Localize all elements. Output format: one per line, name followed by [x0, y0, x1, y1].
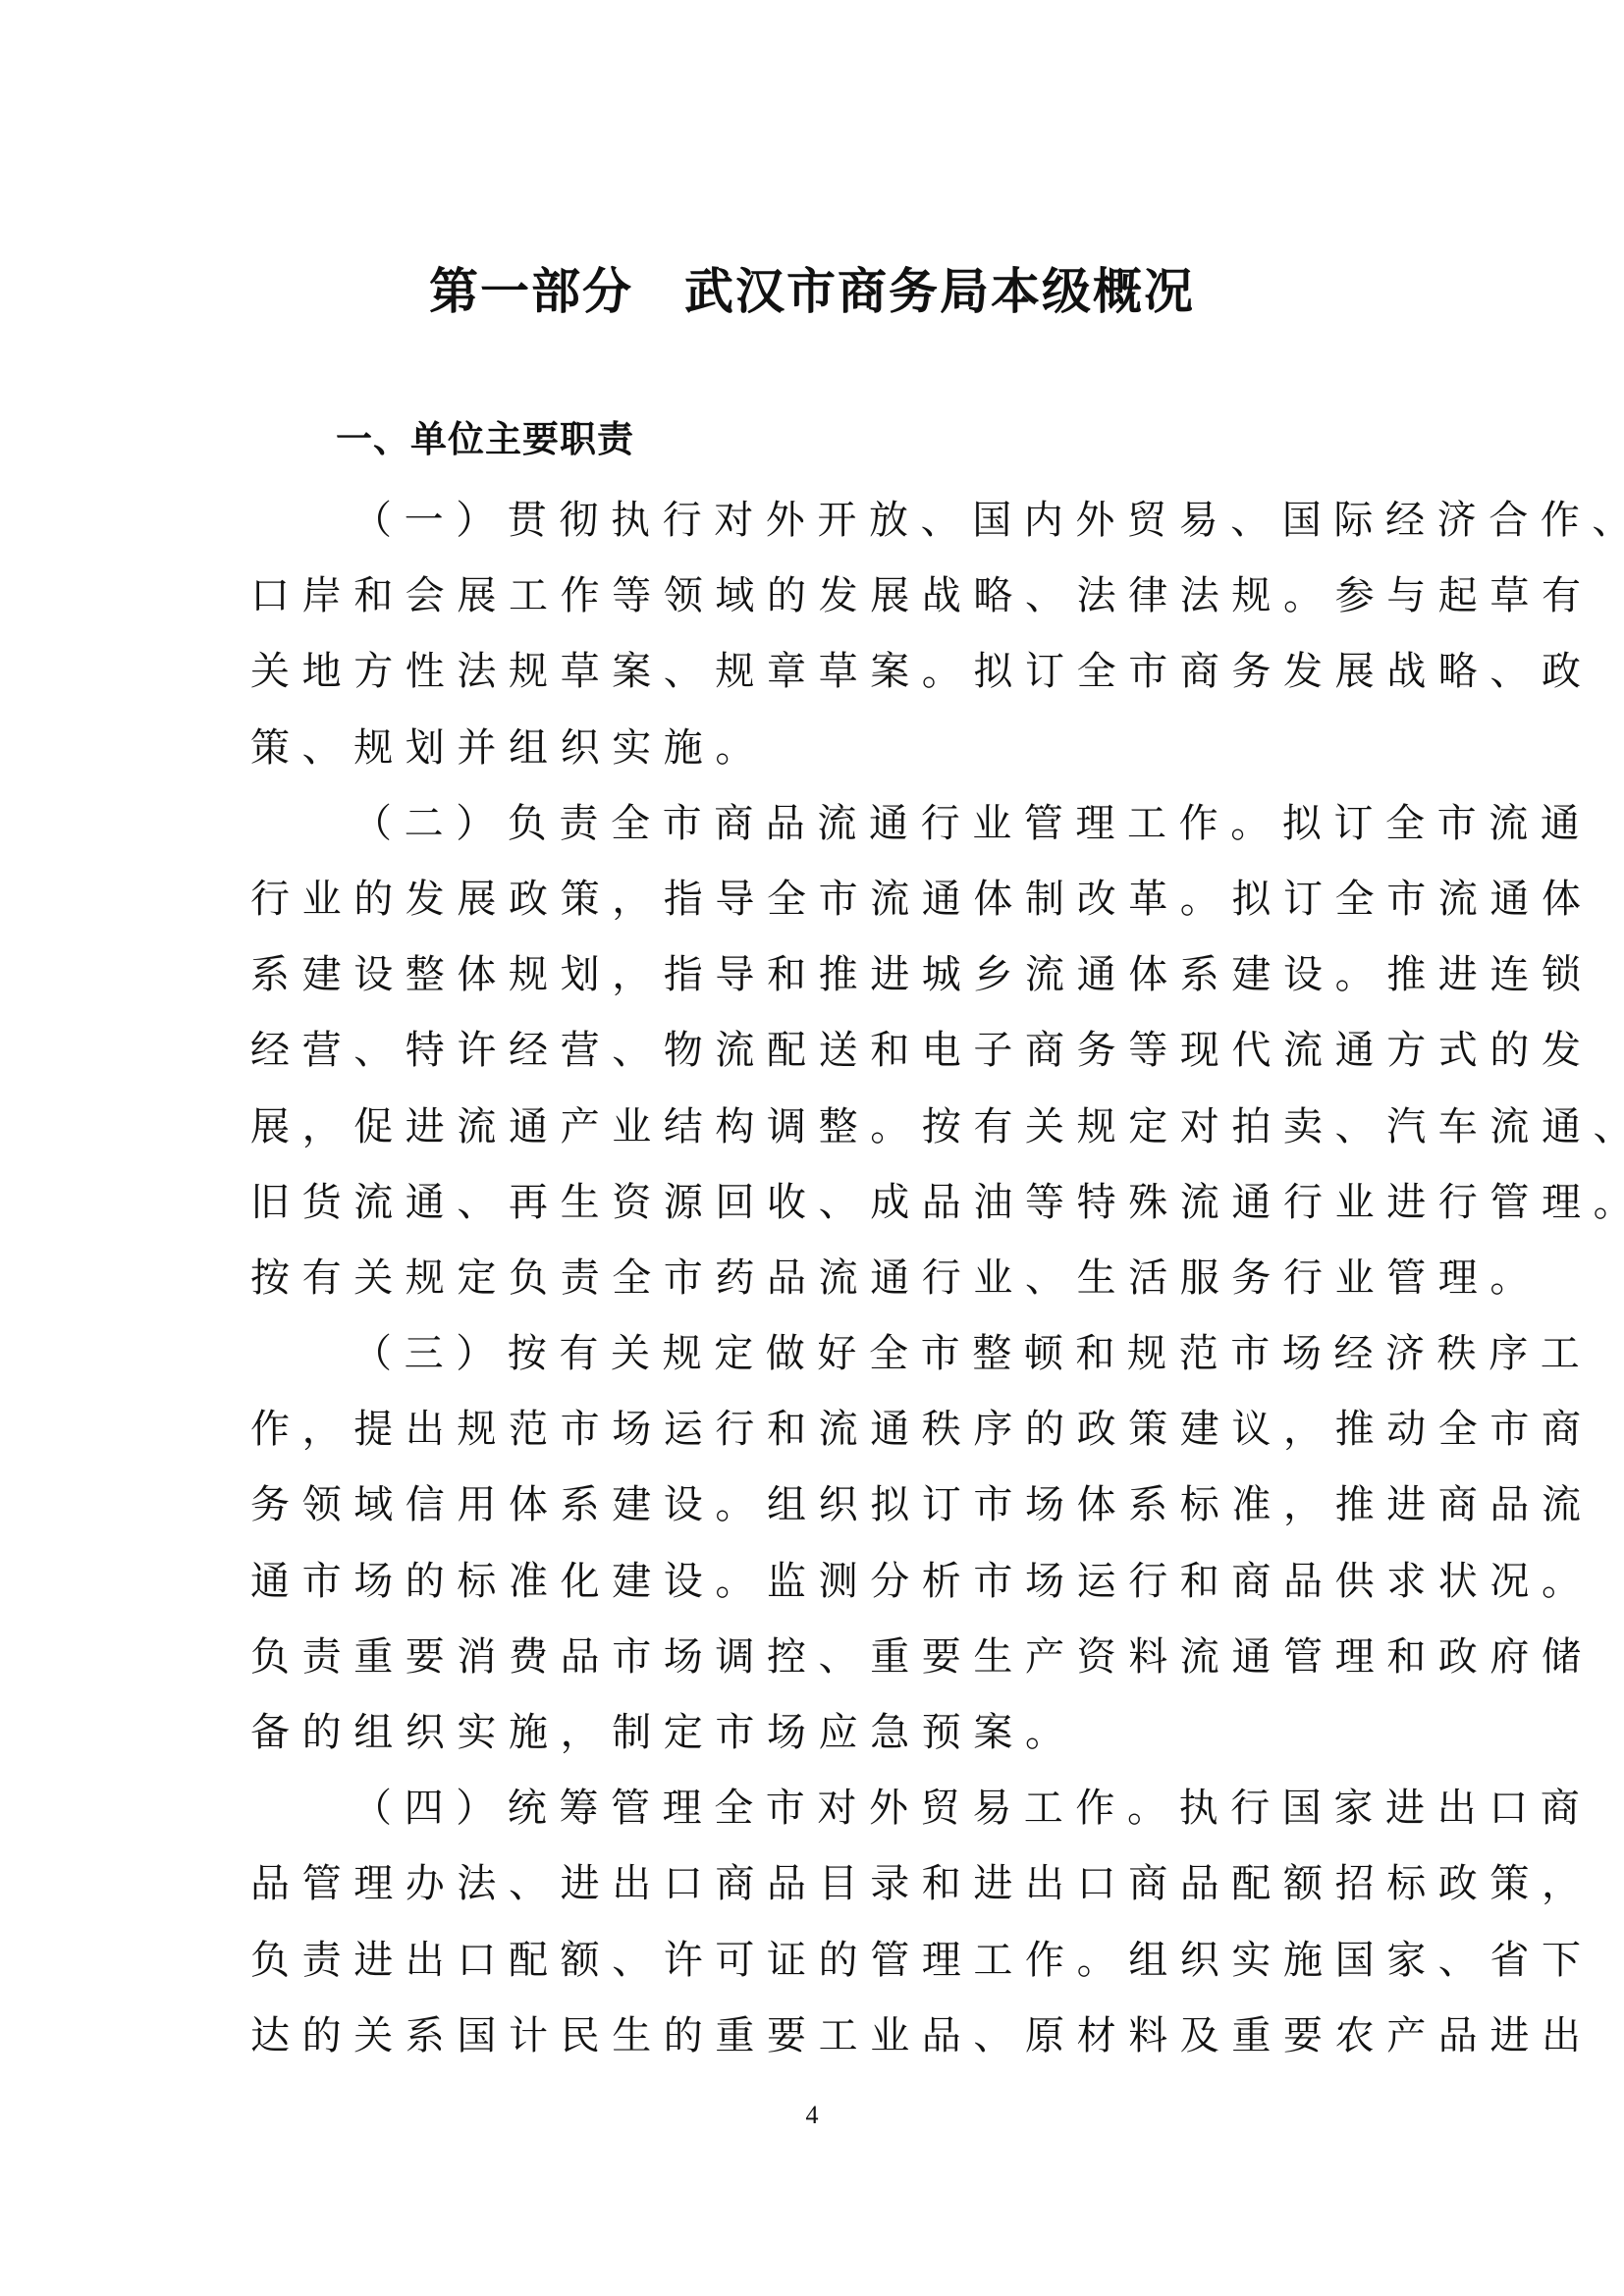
- paragraph-2-line-4: 经营、特许经营、物流配送和电子商务等现代流通方式的发: [250, 1013, 1389, 1089]
- paragraph-1-line-4: 策、规划并组织实施。: [250, 711, 1389, 786]
- paragraph-1-line-2: 口岸和会展工作等领域的发展战略、法律法规。参与起草有: [250, 559, 1389, 634]
- paragraph-2-line-3: 系建设整体规划，指导和推进城乡流通体系建设。推进连锁: [250, 937, 1389, 1013]
- page-number: 4: [0, 2101, 1624, 2130]
- body-text: （一）贯彻执行对外开放、国内外贸易、国际经济合作、 口岸和会展工作等领域的发展战…: [250, 483, 1389, 2074]
- paragraph-4-line-4: 达的关系国计民生的重要工业品、原材料及重要农产品进出: [250, 1999, 1389, 2074]
- paragraph-3-line-6: 备的组织实施，制定市场应急预案。: [250, 1695, 1389, 1771]
- paragraph-3-line-2: 作，提出规范市场运行和流通秩序的政策建议，推动全市商: [250, 1392, 1389, 1468]
- section-heading: 一、单位主要职责: [336, 410, 634, 469]
- paragraph-2-line-2: 行业的发展政策，指导全市流通体制改革。拟订全市流通体: [250, 862, 1389, 937]
- paragraph-4-line-3: 负责进出口配额、许可证的管理工作。组织实施国家、省下: [250, 1923, 1389, 1999]
- paragraph-2-line-1: （二）负责全市商品流通行业管理工作。拟订全市流通: [250, 786, 1389, 862]
- paragraph-4-line-1: （四）统筹管理全市对外贸易工作。执行国家进出口商: [250, 1771, 1389, 1846]
- paragraph-3-line-4: 通市场的标准化建设。监测分析市场运行和商品供求状况。: [250, 1544, 1389, 1620]
- paragraph-3-line-1: （三）按有关规定做好全市整顿和规范市场经济秩序工: [250, 1316, 1389, 1392]
- paragraph-2-line-6: 旧货流通、再生资源回收、成品油等特殊流通行业进行管理。: [250, 1165, 1389, 1241]
- paragraph-4-line-2: 品管理办法、进出口商品目录和进出口商品配额招标政策，: [250, 1846, 1389, 1922]
- document-page: 第一部分 武汉市商务局本级概况 一、单位主要职责 （一）贯彻执行对外开放、国内外…: [0, 0, 1624, 2296]
- paragraph-1-line-1: （一）贯彻执行对外开放、国内外贸易、国际经济合作、: [250, 483, 1389, 559]
- paragraph-3-line-3: 务领域信用体系建设。组织拟订市场体系标准，推进商品流: [250, 1468, 1389, 1543]
- paragraph-2-line-5: 展，促进流通产业结构调整。按有关规定对拍卖、汽车流通、: [250, 1090, 1389, 1165]
- paragraph-1-line-3: 关地方性法规草案、规章草案。拟订全市商务发展战略、政: [250, 634, 1389, 710]
- paragraph-3-line-5: 负责重要消费品市场调控、重要生产资料流通管理和政府储: [250, 1620, 1389, 1695]
- page-title: 第一部分 武汉市商务局本级概况: [0, 257, 1624, 326]
- paragraph-2-line-7: 按有关规定负责全市药品流通行业、生活服务行业管理。: [250, 1241, 1389, 1316]
